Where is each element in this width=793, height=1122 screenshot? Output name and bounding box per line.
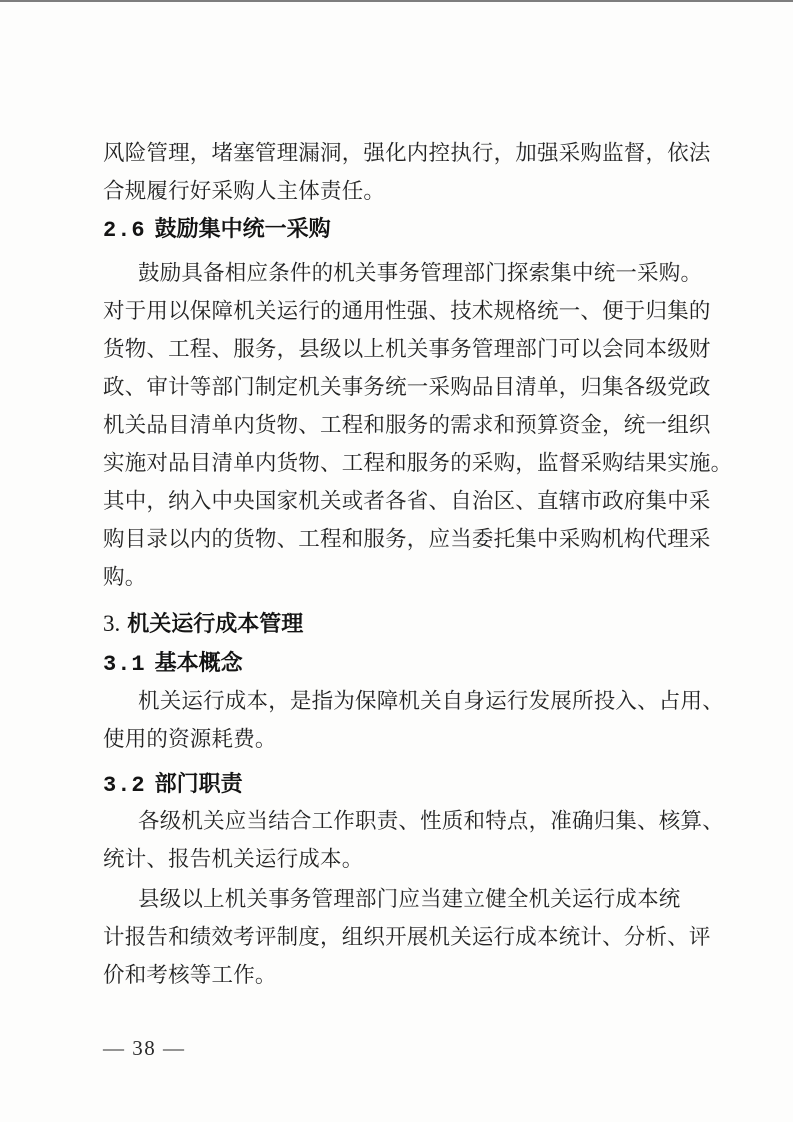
section-heading-3-1: 3.1基本概念	[103, 644, 709, 682]
paragraph-risk-management: 风险管理，堵塞管理漏洞，强化内控执行，加强采购监督，依法 合规履行好采购人主体责…	[103, 134, 709, 210]
heading-number: 3.2	[103, 767, 146, 805]
section-heading-2-6: 2.6鼓励集中统一采购	[103, 210, 709, 248]
text-line: 计报告和绩效考评制度，组织开展机关运行成本统计、分析、评	[103, 918, 709, 956]
text-line: 政、审计等部门制定机关事务统一采购品目清单，归集各级党政	[103, 368, 709, 406]
heading-number: 2.6	[103, 212, 146, 250]
text-line: 统计、报告机关运行成本。	[103, 840, 709, 878]
text-line: 风险管理，堵塞管理漏洞，强化内控执行，加强采购监督，依法	[103, 134, 709, 172]
heading-number: 3.1	[103, 646, 146, 684]
text-line: 货物、工程、服务，县级以上机关事务管理部门可以会同本级财	[103, 330, 709, 368]
text-line: 购目录以内的货物、工程和服务，应当委托集中采购机构代理采	[103, 520, 709, 558]
text-line: 实施对品目清单内货物、工程和服务的采购，监督采购结果实施。	[103, 444, 709, 482]
text-line: 鼓励具备相应条件的机关事务管理部门探索集中统一采购。	[103, 254, 709, 292]
text-line: 其中，纳入中央国家机关或者各省、自治区、直辖市政府集中采	[103, 482, 709, 520]
paragraph-department-duty: 各级机关应当结合工作职责、性质和特点，准确归集、核算、 统计、报告机关运行成本。	[103, 802, 709, 878]
text-line: 价和考核等工作。	[103, 956, 709, 994]
text-line: 合规履行好采购人主体责任。	[103, 172, 709, 210]
heading-title: 鼓励集中统一采购	[155, 216, 331, 241]
text-line: 使用的资源耗费。	[103, 720, 709, 758]
heading-title: 机关运行成本管理	[127, 611, 303, 636]
text-line: 机关运行成本，是指为保障机关自身运行发展所投入、占用、	[103, 682, 709, 720]
scan-artifact-top-edge	[0, 0, 793, 2]
heading-title: 部门职责	[155, 771, 243, 796]
text-line: 县级以上机关事务管理部门应当建立健全机关运行成本统	[103, 880, 709, 918]
section-heading-3: 3.机关运行成本管理	[103, 605, 709, 643]
document-page: 风险管理，堵塞管理漏洞，强化内控执行，加强采购监督，依法 合规履行好采购人主体责…	[0, 0, 793, 1122]
text-line: 机关品目清单内货物、工程和服务的需求和预算资金，统一组织	[103, 406, 709, 444]
text-line: 购。	[103, 558, 709, 596]
heading-number: 3.	[103, 605, 120, 643]
paragraph-centralized-procurement: 鼓励具备相应条件的机关事务管理部门探索集中统一采购。 对于用以保障机关运行的通用…	[103, 254, 709, 596]
section-heading-3-2: 3.2部门职责	[103, 765, 709, 803]
paragraph-basic-concept: 机关运行成本，是指为保障机关自身运行发展所投入、占用、 使用的资源耗费。	[103, 682, 709, 758]
paragraph-cost-statistics: 县级以上机关事务管理部门应当建立健全机关运行成本统 计报告和绩效考评制度，组织开…	[103, 880, 709, 994]
text-line: 对于用以保障机关运行的通用性强、技术规格统一、便于归集的	[103, 292, 709, 330]
text-line: 各级机关应当结合工作职责、性质和特点，准确归集、核算、	[103, 802, 709, 840]
heading-title: 基本概念	[155, 650, 243, 675]
page-number-footer: — 38 —	[103, 1033, 186, 1063]
